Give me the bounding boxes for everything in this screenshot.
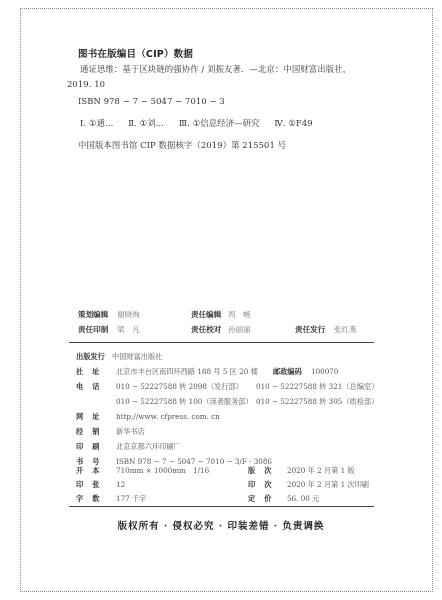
cip-title: 图书在版编目（CIP）数据 (78, 46, 193, 60)
responsible-editor-label: 责任编辑 (191, 309, 221, 320)
printer-value: 北京京都六环印刷厂 (116, 442, 181, 452)
edition-label: 版次 (248, 466, 280, 476)
format-label: 开本 (76, 466, 108, 476)
phone-line-4: 010 − 52227588 转 305（质检部） (256, 397, 378, 407)
book-number-value: ISBN 978 − 7 − 5047 − 7010 − 3/F · 3086 (116, 457, 272, 466)
printing-label: 印次 (248, 480, 280, 490)
cip-class-2: Ⅱ. ①刘… (128, 118, 164, 128)
responsible-printing-label: 责任印制 (78, 324, 108, 335)
distributor-label: 经销 (76, 427, 108, 437)
cip-classification: Ⅰ. ①通… Ⅱ. ①刘… Ⅲ. ①信息经济—研究 Ⅳ. ①F49 (80, 117, 325, 129)
responsible-printing-value: 梁 凡 (117, 324, 140, 335)
address-value: 北京市丰台区南四环西路 188 号 5 区 20 楼 (116, 367, 258, 377)
postal-code-label: 邮政编码 (273, 367, 302, 377)
publisher-label: 出版发行 (76, 352, 105, 362)
cip-class-1: Ⅰ. ①通… (80, 118, 114, 128)
responsible-distribution-label: 责任发行 (295, 324, 325, 335)
postal-code-value: 100070 (311, 367, 338, 376)
planning-editor-value: 谢晓绚 (117, 309, 140, 320)
printer-label: 印刷 (76, 442, 108, 452)
divider-top (69, 342, 374, 343)
phone-line-1: 010 − 52227588 转 2098（发行部） (116, 382, 243, 392)
website-label: 网址 (76, 412, 108, 422)
website-value[interactable]: http://www. cfpress. com. cn (116, 412, 220, 421)
phone-line-3: 010 − 52227588 转 100（读者服务部） (116, 397, 253, 407)
publisher-value: 中国财富出版社 (112, 352, 162, 362)
responsible-editor-value: 周 畅 (228, 309, 251, 320)
address-label: 社址 (76, 367, 108, 377)
sheets-label: 印张 (76, 480, 108, 490)
price-value: 56. 00 元 (287, 494, 319, 504)
phone-label: 电话 (76, 382, 108, 392)
responsible-proofreading-value: 孙丽丽 (228, 324, 251, 335)
cip-year: 2019. 10 (67, 79, 105, 89)
word-count-value: 177 千字 (116, 494, 146, 504)
cip-class-3: Ⅲ. ①信息经济—研究 (179, 118, 260, 128)
printing-value: 2020 年 2 月第 1 次印刷 (287, 480, 369, 490)
format-value: 710mm × 1000mm 1/16 (116, 466, 209, 476)
copyright-notice: 版权所有 · 侵权必究 · 印装差错 · 负责调换 (0, 518, 442, 532)
planning-editor-label: 策划编辑 (78, 309, 108, 320)
cip-class-4: Ⅳ. ①F49 (274, 118, 312, 128)
responsible-distribution-value: 张红燕 (334, 324, 357, 335)
edition-value: 2020 年 2 月第 1 版 (287, 466, 355, 476)
responsible-proofreading-label: 责任校对 (191, 324, 221, 335)
word-count-label: 字数 (76, 494, 108, 504)
phone-line-2: 010 − 52227588 转 321（总编室） (256, 382, 378, 392)
distributor-value: 新华书店 (116, 427, 145, 437)
cip-record-number: 中国版本图书馆 CIP 数据核字（2019）第 215501 号 (78, 139, 286, 151)
sheets-value: 12 (116, 480, 125, 489)
divider-bottom (69, 506, 374, 507)
price-label: 定价 (248, 494, 280, 504)
cip-description: 通证思维：基于区块链的强协作 / 刘振友著．—北京：中国财富出版社， (80, 63, 351, 75)
cip-isbn: ISBN 978 − 7 − 5047 − 7010 − 3 (78, 96, 225, 106)
